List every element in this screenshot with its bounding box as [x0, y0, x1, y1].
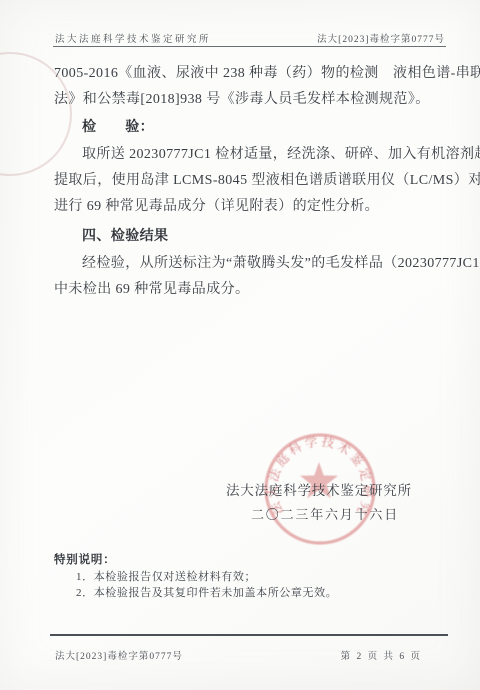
footer-rule	[50, 634, 448, 636]
header-rule	[53, 46, 446, 47]
body-line: 法》和公禁毒[2018]938 号《涉毒人员毛发样本检测规范》。	[54, 88, 454, 108]
header-org: 法大法庭科学技术鉴定研究所	[55, 31, 211, 45]
footer-doc-no: 法大[2023]毒检字第0777号	[55, 648, 183, 662]
signature-date: 二〇二三年六月十六日	[251, 504, 399, 523]
body-line: 经检验，从所送标注为“萧敬腾头发”的毛发样品（20230777JC1）	[82, 252, 480, 272]
body-line: 进行 69 种常见毒品成分（详见附表）的定性分析。	[54, 195, 454, 215]
header-doc-no: 法大[2023]毒检字第0777号	[317, 31, 445, 45]
notes-title: 特别说明：	[54, 551, 116, 567]
body-line: 取所送 20230777JC1 检材适量，经洗涤、研碎、加入有机溶剂超声	[82, 143, 480, 163]
body-line: 提取后，使用岛津 LCMS-8045 型液相色谱质谱联用仪（LC/MS）对样品	[54, 169, 454, 189]
note-item: 2．本检验报告及其复印件若未加盖本所公章无效。	[76, 584, 337, 600]
footer-page-info: 第 2 页 共 6 页	[341, 648, 422, 662]
section-heading-results: 四、检验结果	[82, 225, 480, 245]
body-line: 中未检出 69 种常见毒品成分。	[54, 278, 454, 298]
section-heading-jianyan: 检 验：	[82, 116, 480, 136]
body-line: 7005-2016《血液、尿液中 238 种毒（药）物的检测 液相色谱-串联质谱	[54, 62, 454, 82]
note-item: 1．本检验报告仅对送检材料有效；	[76, 568, 256, 584]
signature-org: 法大法庭科学技术鉴定研究所	[226, 479, 412, 499]
report-page: 法大法庭科学技术鉴定研究所 法大[2023]毒检字第0777号 7005-201…	[0, 0, 480, 690]
